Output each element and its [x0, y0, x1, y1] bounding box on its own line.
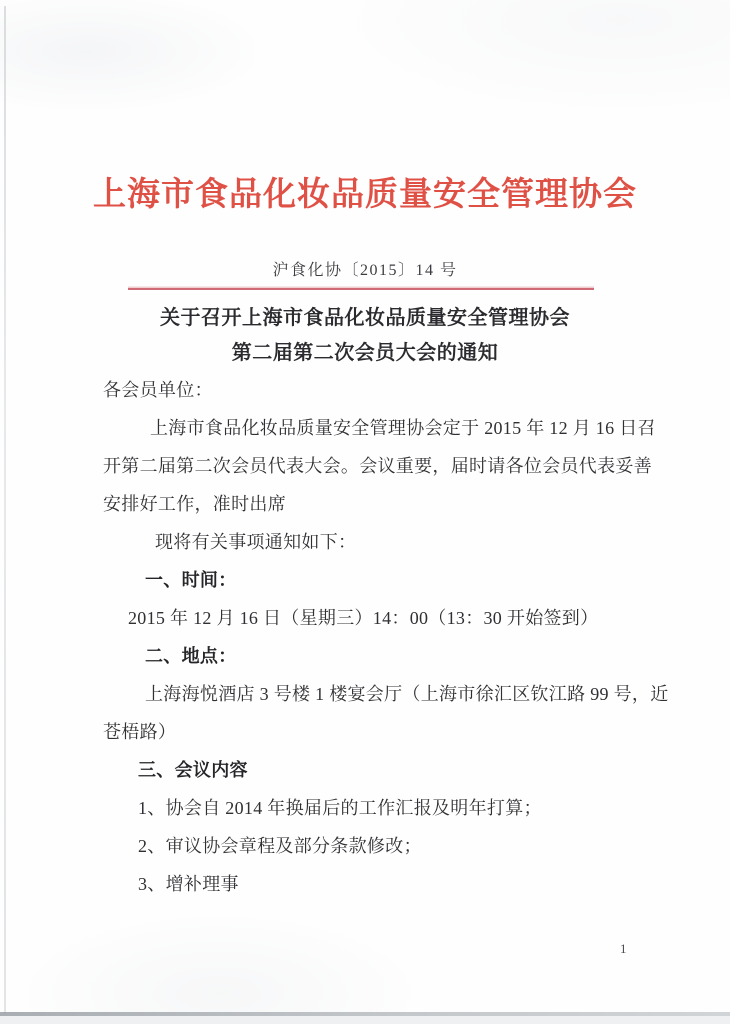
- document-line: 二、地点：: [145, 637, 650, 675]
- scan-edge-left: [4, 6, 6, 1014]
- document-line: 三、会议内容: [138, 751, 650, 789]
- document-line: 一、时间：: [145, 561, 650, 599]
- document-line: 2015 年 12 月 16 日（星期三）14：00（13：30 开始签到）: [128, 599, 650, 637]
- document-body: 各会员单位：上海市食品化妆品质量安全管理协会定于 2015 年 12 月 16 …: [103, 371, 650, 903]
- scan-edge-bottom-halo: [0, 1016, 730, 1024]
- document-line: 2、审议协会章程及部分条款修改；: [138, 827, 650, 865]
- scan-edge-bottom: [0, 1012, 730, 1016]
- document-line: 3、增补理事: [138, 865, 650, 903]
- red-divider-line: [128, 288, 594, 290]
- document-line: 1、协会自 2014 年换届后的工作汇报及明年打算；: [138, 789, 650, 827]
- document-line: 各会员单位：: [103, 371, 650, 409]
- document-line: 开第二届第二次会员代表大会。会议重要，届时请各位会员代表妥善: [103, 447, 650, 485]
- page-number: 1: [620, 941, 627, 957]
- notice-subject-line2: 第二届第二次会员大会的通知: [0, 336, 730, 371]
- document-line: 苍梧路）: [103, 713, 650, 751]
- document-header-title: 上海市食品化妆品质量安全管理协会: [0, 168, 730, 215]
- notice-subject-line1: 关于召开上海市食品化妆品质量安全管理协会: [0, 301, 730, 336]
- document-line: 现将有关事项通知如下：: [155, 523, 650, 561]
- document-number: 沪食化协〔2015〕14 号: [0, 257, 730, 280]
- document-line: 上海海悦酒店 3 号楼 1 楼宴会厅（上海市徐汇区钦江路 99 号，近: [145, 675, 650, 713]
- scanned-page: 上海市食品化妆品质量安全管理协会 沪食化协〔2015〕14 号 关于召开上海市食…: [0, 0, 730, 1024]
- notice-subject: 关于召开上海市食品化妆品质量安全管理协会 第二届第二次会员大会的通知: [0, 301, 730, 371]
- document-line: 安排好工作，准时出席: [103, 485, 650, 523]
- document-line: 上海市食品化妆品质量安全管理协会定于 2015 年 12 月 16 日召: [150, 409, 650, 447]
